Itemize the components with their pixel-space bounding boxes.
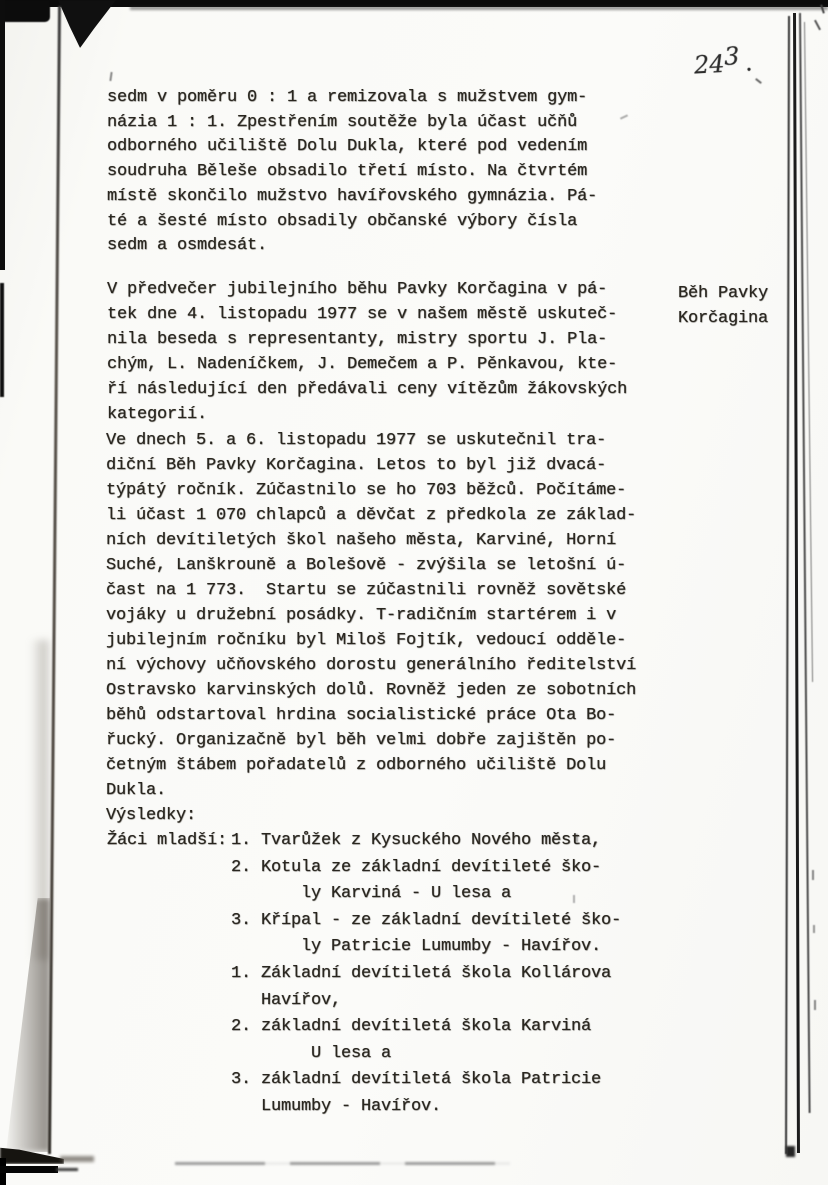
paragraph-match-results: sedm v poměru 0 : 1 a remizovala s mužst… — [107, 86, 597, 259]
scan-top-left-corner — [0, 0, 50, 22]
scanned-document-page: 243. sedm v poměru 0 : 1 a remizovala s … — [0, 0, 828, 1185]
page-number-raised-digit: 3 — [723, 42, 740, 71]
scan-left-edge-bar-lower — [0, 283, 4, 397]
results-list: 1. Tvarůžek z Kysuckého Nového města, 2.… — [231, 828, 621, 1121]
book-spine-shadow-wedge — [6, 898, 50, 1152]
binding-line — [793, 13, 800, 1153]
scan-left-edge-bar — [0, 0, 5, 270]
stray-pen-mark — [814, 20, 821, 31]
page-number-dot: . — [744, 48, 753, 76]
scan-bottom-left-corner-horizontal — [0, 1166, 58, 1173]
scan-bottom-left-corner-fade — [56, 1168, 78, 1171]
stray-pen-mark — [755, 78, 762, 84]
scan-top-left-wedge — [58, 0, 116, 48]
scan-speckle — [814, 1000, 816, 1010]
binding-line-end-mark — [786, 1146, 795, 1157]
scan-speckle — [812, 870, 814, 880]
results-category-label: Žáci mladší: — [107, 828, 227, 855]
scan-bottom-faint-line — [175, 1162, 510, 1165]
scan-speckle — [620, 114, 628, 119]
binding-line — [785, 16, 790, 1154]
scan-speckle — [109, 72, 112, 81]
scan-speckle — [813, 925, 815, 933]
margin-note: Běh Pavky Korčagina — [678, 281, 768, 331]
scan-bottom-left-tail — [60, 1156, 94, 1162]
page-number-main: 24 — [693, 50, 725, 80]
binding-line — [799, 13, 811, 1113]
paragraph-eve-meeting: V předvečer jubilejního běhu Pavky Korča… — [107, 277, 627, 427]
paragraph-run-description: Ve dnech 5. a 6. listopadu 1977 se uskut… — [106, 428, 636, 828]
page-number: 243. — [693, 48, 753, 79]
scan-top-edge-shadow — [130, 6, 828, 10]
